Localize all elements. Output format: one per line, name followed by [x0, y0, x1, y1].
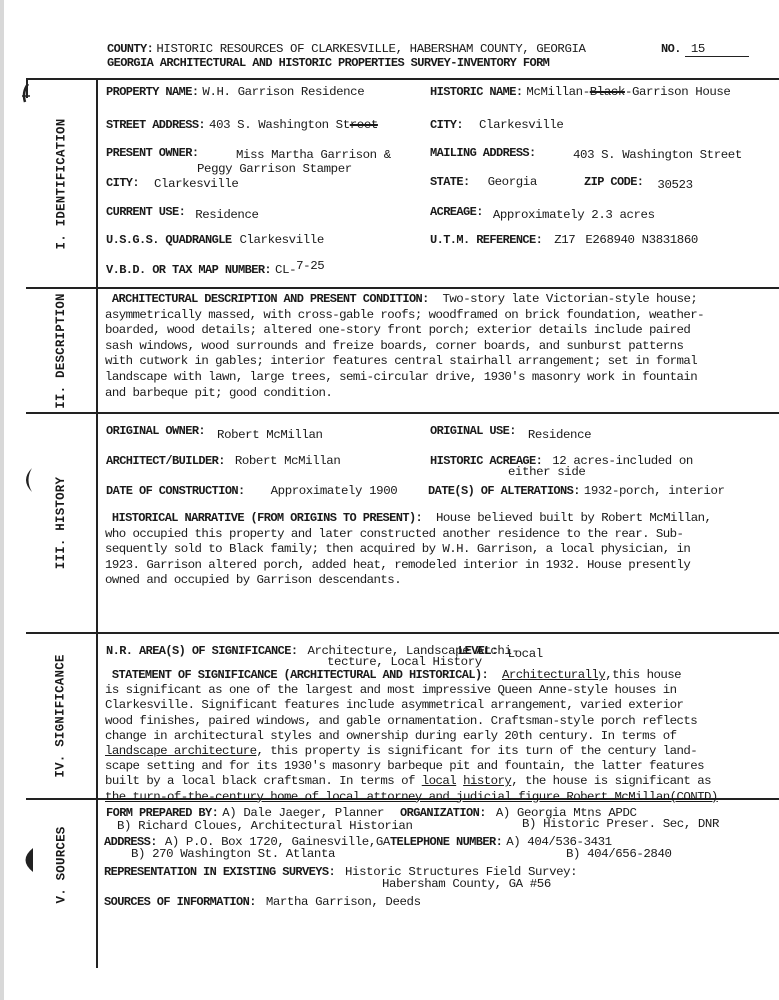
mailing-address-field: MAILING ADDRESS: — [430, 143, 536, 161]
original-use-label: ORIGINAL USE: — [430, 424, 516, 438]
acreage-label: ACREAGE: — [430, 205, 483, 219]
narrative-label: HISTORICAL NARRATIVE (FROM ORIGINS TO PR… — [112, 511, 422, 525]
street-address-struck: reet — [350, 118, 378, 132]
no-label: NO. — [661, 42, 681, 56]
present-owner-field: PRESENT OWNER: — [106, 143, 198, 161]
historical-narrative: HISTORICAL NARRATIVE (FROM ORIGINS TO PR… — [105, 511, 775, 589]
original-use-field: ORIGINAL USE: Residence — [430, 421, 591, 439]
state-label: STATE: — [430, 175, 470, 189]
narrative-text-1: who occupied this property and later con… — [105, 527, 775, 543]
city-value: Clarkesville — [479, 118, 563, 132]
acreage-field: ACREAGE: Approximately 2.3 acres — [430, 202, 655, 220]
telephone-label: TELEPHONE NUMBER: — [390, 835, 502, 849]
utm-zone: Z17 — [554, 233, 575, 247]
architect-label: ARCHITECT/BUILDER: — [106, 454, 225, 468]
statement-text-8b: , the house is significant as — [511, 774, 711, 788]
narrative-line-1: HISTORICAL NARRATIVE (FROM ORIGINS TO PR… — [105, 511, 775, 527]
narrative-text-2: sequently sold to Black family; then acq… — [105, 542, 775, 558]
statement-line-1: STATEMENT OF SIGNIFICANCE (ARCHITECTURAL… — [105, 668, 775, 683]
description-label: ARCHITECTURAL DESCRIPTION AND PRESENT CO… — [112, 292, 429, 306]
alterations-label: DATE(S) OF ALTERATIONS: — [428, 484, 580, 498]
historic-acreage-value-2: either side — [508, 465, 585, 479]
zip-label: ZIP CODE: — [584, 175, 643, 189]
statement-text-3: Clarkesville. Significant features inclu… — [105, 698, 775, 713]
tab-sources-label: V. SOURCES — [54, 826, 68, 903]
city-field: CITY: Clarkesville — [430, 115, 563, 133]
page-edge — [0, 0, 4, 1000]
description-text-3: sash windows, wood surrounds and freize … — [105, 339, 775, 355]
historic-name-label: HISTORIC NAME: — [430, 85, 522, 99]
current-use-value: Residence — [195, 208, 258, 222]
margin-punch-mark-2 — [20, 847, 34, 873]
construction-label: DATE OF CONSTRUCTION: — [106, 484, 245, 498]
city-label: CITY: — [430, 118, 463, 132]
frame-top — [26, 78, 779, 80]
zip-value: 30523 — [657, 178, 692, 192]
level-value: Local — [508, 647, 543, 661]
statement-text-8a: built by a local black craftsman. In ter… — [105, 774, 422, 788]
utm-field: U.T.M. REFERENCE: Z17 E268940 N3831860 — [430, 230, 698, 248]
narrative-text-0: House believed built by Robert McMillan, — [436, 511, 711, 525]
present-owner-line-1: Miss Martha Garrison & — [236, 148, 391, 162]
historic-name-struck: Black — [590, 85, 625, 99]
statement-text-1: ,this house — [605, 668, 681, 682]
tab-description-label: II. DESCRIPTION — [54, 293, 68, 409]
description-text-0: Two-story late Victorian-style house; — [443, 292, 698, 306]
tab-significance-label: IV. SIGNIFICANCE — [54, 654, 68, 777]
alterations-value: 1932-porch, interior — [584, 484, 725, 498]
tax-map-value: 7-25 — [296, 259, 324, 273]
tab-identification: I. IDENTIFICATION — [26, 80, 96, 287]
address-b: B) 270 Washington St. Atlanta — [131, 847, 335, 861]
street-address-label: STREET ADDRESS: — [106, 118, 205, 132]
tab-sources: V. SOURCES — [26, 800, 96, 930]
original-owner-label: ORIGINAL OWNER: — [106, 424, 205, 438]
zip-field: ZIP CODE: 30523 — [584, 172, 693, 190]
sources-info-label: SOURCES OF INFORMATION: — [104, 895, 256, 909]
prepared-by-a: A) Dale Jaeger, Planner — [222, 806, 384, 820]
description-text-6: and barbeque pit; good condition. — [105, 386, 775, 402]
owner-city-field: CITY: — [106, 173, 139, 191]
statement-underline-local: local — [422, 774, 456, 788]
description-line-1: ARCHITECTURAL DESCRIPTION AND PRESENT CO… — [105, 292, 775, 308]
tax-map-field: V.B.D. OR TAX MAP NUMBER: CL-7-25 — [106, 260, 324, 278]
divider-significance — [26, 632, 779, 634]
historic-name-part-a: McMillan- — [526, 85, 589, 99]
architectural-description: ARCHITECTURAL DESCRIPTION AND PRESENT CO… — [105, 292, 775, 401]
current-use-label: CURRENT USE: — [106, 205, 185, 219]
utm-label: U.T.M. REFERENCE: — [430, 233, 542, 247]
statement-underline-history: history — [463, 774, 511, 788]
narrative-text-4: owned and occupied by Garrison descendan… — [105, 573, 775, 589]
divider-description — [26, 287, 779, 289]
street-address-field: STREET ADDRESS: 403 S. Washington Street — [106, 115, 378, 133]
usgs-value: Clarkesville — [239, 233, 323, 247]
state-value: Georgia — [488, 175, 537, 189]
mailing-address-label: MAILING ADDRESS: — [430, 146, 536, 160]
statement-text-6: , this property is significant for its t… — [256, 744, 697, 758]
tab-history: III. HISTORY — [26, 414, 96, 632]
level-field: LEVEL: Local — [458, 641, 543, 659]
original-owner-field: ORIGINAL OWNER: Robert McMillan — [106, 421, 323, 439]
form-number: NO. 15 — [661, 39, 749, 57]
telephone-b: B) 404/656-2840 — [566, 847, 672, 861]
construction-field: DATE OF CONSTRUCTION: Approximately 1900 — [106, 481, 397, 499]
usgs-field: U.S.G.S. QUADRANGLE Clarkesville — [106, 230, 324, 248]
mailing-address-value: 403 S. Washington Street — [573, 148, 742, 162]
divider-history — [26, 412, 779, 414]
statement-underline-landscape: landscape architecture — [105, 744, 256, 758]
statement-text-2: is significant as one of the largest and… — [105, 683, 775, 698]
description-text-2: boarded, wood details; altered one-story… — [105, 323, 775, 339]
statement-underline-architecturally: Architecturally — [502, 668, 605, 682]
owner-city-label: CITY: — [106, 176, 139, 190]
original-use-value: Residence — [528, 428, 591, 442]
surveys-label: REPRESENTATION IN EXISTING SURVEYS: — [104, 865, 335, 879]
original-owner-value: Robert McMillan — [217, 428, 323, 442]
margin-bracket-mark — [18, 82, 34, 106]
architect-value: Robert McMillan — [235, 454, 341, 468]
statement-line-6: landscape architecture, this property is… — [105, 744, 775, 759]
property-name-value: W.H. Garrison Residence — [202, 85, 364, 99]
street-address-value: 403 S. Washington Street — [209, 118, 378, 132]
organization-label: ORGANIZATION: — [400, 806, 486, 820]
tab-description: II. DESCRIPTION — [26, 289, 96, 412]
sources-info-field: SOURCES OF INFORMATION: Martha Garrison,… — [104, 892, 421, 910]
property-name-label: PROPERTY NAME: — [106, 85, 198, 99]
present-owner-line-2: Peggy Garrison Stamper — [197, 162, 352, 176]
property-name-field: PROPERTY NAME: W.H. Garrison Residence — [106, 82, 364, 100]
level-label: LEVEL: — [458, 644, 498, 658]
historic-name-value: McMillan-Black-Garrison House — [526, 85, 730, 99]
statement-text-7: scape setting and for its 1930's masonry… — [105, 759, 775, 774]
prepared-by-label: FORM PREPARED BY: — [106, 806, 218, 820]
narrative-text-3: 1923. Garrison altered porch, added heat… — [105, 558, 775, 574]
form-title: GEORGIA ARCHITECTURAL AND HISTORIC PROPE… — [107, 56, 767, 70]
description-text-1: asymmetrically massed, with cross-gable … — [105, 308, 775, 324]
description-text-5: landscape with lawn, large trees, semi-c… — [105, 370, 775, 386]
surveys-value-2: Habersham County, GA #56 — [382, 877, 551, 891]
tab-significance: IV. SIGNIFICANCE — [26, 634, 96, 798]
statement-text-4: wood finishes, paired windows, and gable… — [105, 714, 775, 729]
owner-city-value: Clarkesville — [154, 177, 238, 191]
sources-info-value: Martha Garrison, Deeds — [266, 895, 421, 909]
current-use-field: CURRENT USE: Residence — [106, 202, 259, 220]
prepared-by-b: B) Richard Cloues, Architectural Histori… — [117, 819, 413, 833]
statement-of-significance: STATEMENT OF SIGNIFICANCE (ARCHITECTURAL… — [105, 668, 775, 805]
utm-coords: E268940 N3831860 — [585, 233, 698, 247]
historic-name-part-b: -Garrison House — [625, 85, 731, 99]
tab-identification-label: I. IDENTIFICATION — [54, 118, 68, 249]
usgs-label: U.S.G.S. QUADRANGLE — [106, 233, 231, 247]
statement-label: STATEMENT OF SIGNIFICANCE (ARCHITECTURAL… — [112, 668, 488, 682]
county-label: COUNTY: — [107, 42, 153, 56]
state-field: STATE: Georgia — [430, 172, 537, 190]
street-address-main: 403 S. Washington St — [209, 118, 350, 132]
construction-value: Approximately 1900 — [271, 484, 398, 498]
county-value: HISTORIC RESOURCES OF CLARKESVILLE, HABE… — [156, 42, 585, 56]
margin-punch-mark — [20, 466, 34, 494]
acreage-value: Approximately 2.3 acres — [493, 208, 655, 222]
architect-field: ARCHITECT/BUILDER: Robert McMillan — [106, 451, 340, 469]
tab-history-label: III. HISTORY — [54, 477, 68, 569]
present-owner-label: PRESENT OWNER: — [106, 146, 198, 160]
frame-divider — [96, 78, 98, 968]
description-text-4: with cutwork in gables; interior feature… — [105, 354, 775, 370]
alterations-field: DATE(S) OF ALTERATIONS: 1932-porch, inte… — [428, 481, 725, 499]
organization-b: B) Historic Preser. Sec, DNR — [522, 817, 719, 831]
nr-area-label: N.R. AREA(S) OF SIGNIFICANCE: — [106, 644, 297, 658]
no-value: 15 — [685, 42, 749, 57]
statement-text-5: change in architectural styles and owner… — [105, 729, 775, 744]
tax-map-label: V.B.D. OR TAX MAP NUMBER: — [106, 263, 271, 277]
historic-name-field: HISTORIC NAME: McMillan-Black-Garrison H… — [430, 82, 730, 100]
tax-map-prefix: CL- — [275, 263, 296, 277]
statement-line-8: built by a local black craftsman. In ter… — [105, 774, 775, 789]
